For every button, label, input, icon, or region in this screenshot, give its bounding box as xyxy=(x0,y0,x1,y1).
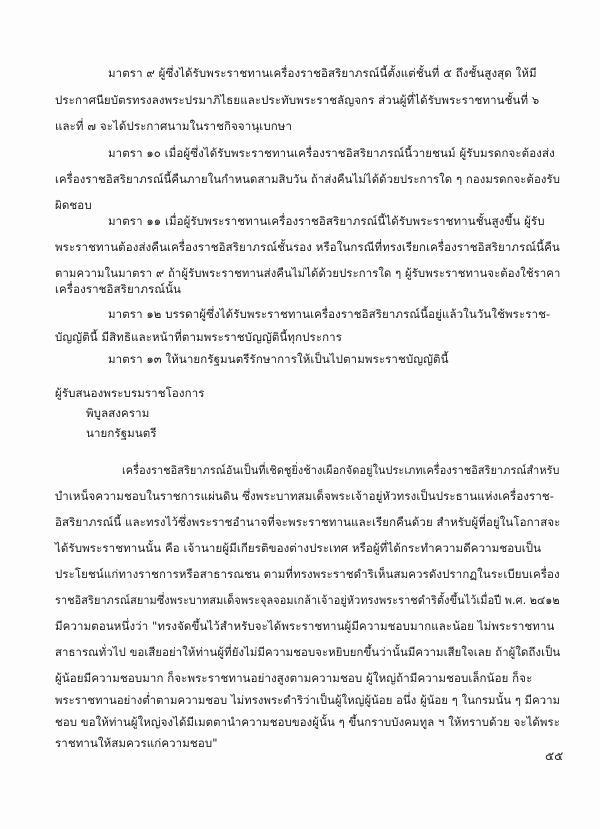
section-11-line-3: ตามความในมาตรา ๙ ถ้าผู้รับพระราชทานส่งคื… xyxy=(55,266,552,280)
commentary-line-2: บำเหน็จความชอบในราชการแผ่นดิน ซึ่งพระบาท… xyxy=(55,489,560,503)
section-10-line-3: ผิดชอบ xyxy=(55,198,92,212)
section-10-line-1: มาตรา ๑๐ เมื่อผู้ซึ่งได้รับพระราชทานเครื… xyxy=(108,146,560,160)
commentary-line-5: ประโยชน์แก่ทางราชการหรือสาธารณชน ตามที่ท… xyxy=(55,567,559,581)
commentary-line-10: พระราชทานอย่างต่ำตามความชอบ ไม่ทรงพระดำร… xyxy=(55,693,549,707)
signatory-title: นายกรัฐมนตรี xyxy=(86,426,157,440)
section-12-line-2: บัญญัตินี้ มีสิทธิและหน้าที่ตามพระราชบัญ… xyxy=(55,330,342,344)
section-11-line-1: มาตรา ๑๑ เมื่อผู้รับพระราชทานเครื่องราชอ… xyxy=(108,214,560,228)
commentary-line-11: ชอบ ขอให้ท่านผู้ใหญ่จงได้มีเมตตานำความชอ… xyxy=(55,715,555,729)
countersign-label: ผู้รับสนองพระบรมราชโองการ xyxy=(55,386,205,400)
section-11-line-2: พระราชทานต้องส่งคืนเครื่องราชอิสริยาภรณ์… xyxy=(55,240,560,254)
section-13-line-1: มาตรา ๑๓ ให้นายกรัฐมนตรีรักษาการให้เป็นไ… xyxy=(108,352,449,366)
document-page: มาตรา ๙ ผู้ซึ่งได้รับพระราชทานเครื่องราช… xyxy=(0,0,600,829)
signatory-name: พิบูลสงคราม xyxy=(86,406,149,420)
commentary-line-8: สาธารณทั่วไป ขอเสียอย่าให้ท่านผู้ที่ยังไ… xyxy=(55,645,553,659)
commentary-line-9: ผู้น้อยมีความชอบมาก ก็จะพระราชทานอย่างสู… xyxy=(55,671,560,685)
section-9-line-1: มาตรา ๙ ผู้ซึ่งได้รับพระราชทานเครื่องราช… xyxy=(108,66,560,80)
commentary-line-4: ได้รับพระราชทานนั้น คือ เจ้านายผู้มีเกีย… xyxy=(55,541,560,555)
section-11-line-4: เครื่องราชอิสริยาภรณ์นั้น xyxy=(55,282,181,296)
commentary-line-1: เครื่องราชอิสริยาภรณ์อันเป็นที่เชิดชูยิ่… xyxy=(122,463,535,477)
section-12-line-1: มาตรา ๑๒ บรรดาผู้ซึ่งได้รับพระราชทานเครื… xyxy=(108,307,560,321)
section-9-line-2: ประกาศนียบัตรทรงลงพระปรมาภิไธยและประทับพ… xyxy=(55,93,560,107)
section-9-line-3: และที่ ๗ จะได้ประกาศนามในราชกิจจานุเบกษา xyxy=(55,119,292,133)
commentary-line-7: มีความตอนหนึ่งว่า "ทรงจัดขึ้นไว้สำหรับจะ… xyxy=(55,619,560,633)
section-10-line-2: เครื่องราชอิสริยาภรณ์นี้คืนภายในกำหนดสาม… xyxy=(55,172,553,186)
commentary-line-3: อิสริยาภรณ์นี้ และทรงไว้ซึ่งพระราชอำนาจท… xyxy=(55,515,559,529)
commentary-line-6: ราชอิสริยาภรณ์สยามซึ่งพระบาทสมเด็จพระจุล… xyxy=(55,593,533,607)
page-number: ๕๕ xyxy=(545,747,563,766)
commentary-line-12: ราชทานให้สมควรแก่ความชอบ" xyxy=(55,736,218,750)
